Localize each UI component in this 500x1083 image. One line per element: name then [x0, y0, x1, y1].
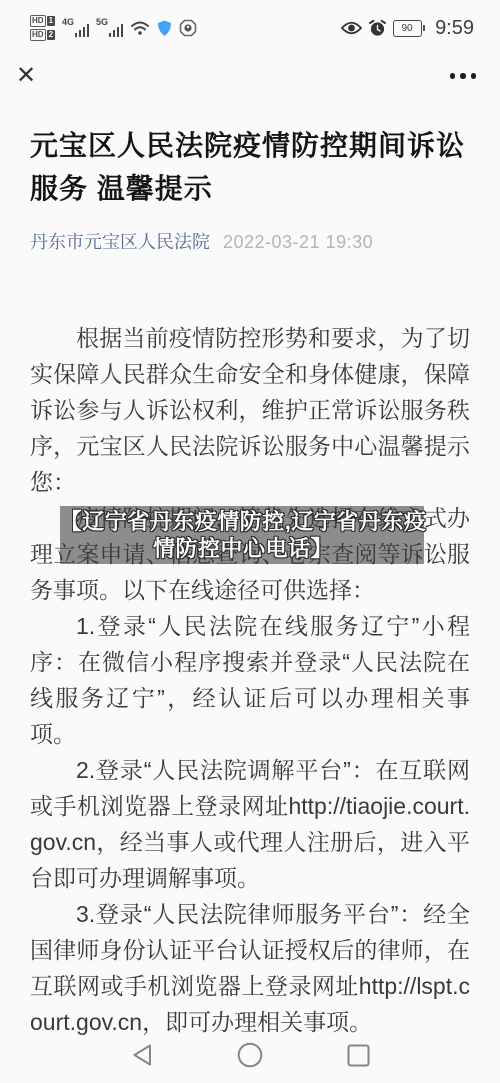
hd-sim2-icon: HD2: [30, 29, 55, 41]
signal-bars-icon: [109, 24, 124, 37]
network-4g-label: 4G: [62, 17, 74, 27]
paragraph: 根据当前疫情防控形势和要求，为了切实保障人民群众生命安全和身体健康，保障诉讼参与…: [30, 320, 470, 500]
shield-security-icon: [157, 20, 172, 37]
volte-hd-badges: HD1 HD2: [30, 15, 55, 41]
battery-icon: 90: [393, 20, 426, 37]
hd1-label: HD: [30, 15, 46, 27]
hd-sim1-icon: HD1: [30, 15, 55, 27]
alarm-clock-icon: [369, 20, 386, 37]
status-bar: HD1 HD2 4G 5G: [0, 0, 500, 48]
more-menu-icon[interactable]: [450, 67, 477, 85]
clock-time: 9:59: [435, 17, 474, 40]
nav-recents-button[interactable]: [345, 1042, 371, 1068]
hd2-label: HD: [30, 29, 46, 41]
nav-home-button[interactable]: [237, 1042, 263, 1068]
network-5g-label: 5G: [96, 17, 108, 27]
article-content: 元宝区人民法院疫情防控期间诉讼服务 温馨提示 丹东市元宝区人民法院 2022-0…: [0, 124, 500, 1040]
signal-4g-icon: 4G: [62, 17, 89, 39]
article-body: 根据当前疫情防控形势和要求，为了切实保障人民群众生命安全和身体健康，保障诉讼参与…: [30, 320, 470, 1040]
article-title: 元宝区人民法院疫情防控期间诉讼服务 温馨提示: [30, 124, 470, 210]
paragraph: 2.登录“人民法院调解平台”：在互联网或手机浏览器上登录网址http://tia…: [30, 752, 470, 896]
recents-square-icon: [347, 1044, 370, 1067]
publish-date: 2022-03-21 19:30: [223, 232, 373, 253]
battery-nub: [423, 25, 426, 31]
battery-percent: 90: [393, 20, 422, 37]
signal-5g-icon: 5G: [96, 17, 123, 39]
back-triangle-icon: [131, 1043, 153, 1067]
signal-bars-icon: [75, 24, 90, 37]
phone-screen: { "status_bar": { "time": "9:59", "batte…: [0, 0, 500, 1083]
watermark-text: 【辽宁省丹东疫情防控,辽宁省丹东疫情防控中心电话】: [52, 508, 434, 562]
wifi-icon: [130, 20, 150, 36]
close-icon[interactable]: ✕: [16, 64, 36, 88]
eye-comfort-icon: [341, 21, 362, 35]
paragraph: 1.登录“人民法院在线服务辽宁”小程序：在微信小程序搜索并登录“人民法院在线服务…: [30, 608, 470, 752]
power-mode-octagon-icon: [179, 19, 197, 37]
status-left-cluster: HD1 HD2 4G 5G: [30, 15, 197, 41]
paragraph: 3.登录“人民法院律师服务平台”：经全国律师身份认证平台认证授权后的律师，在互联…: [30, 896, 470, 1040]
home-circle-icon: [237, 1042, 263, 1068]
status-right-cluster: 90 9:59: [341, 17, 474, 40]
nav-back-button[interactable]: [129, 1042, 155, 1068]
hd1-num: 1: [47, 16, 55, 26]
webview-titlebar: ✕: [0, 48, 500, 96]
article-meta: 丹东市元宝区人民法院 2022-03-21 19:30: [30, 228, 470, 254]
author-link[interactable]: 丹东市元宝区人民法院: [30, 228, 210, 254]
hd2-num: 2: [47, 30, 55, 40]
